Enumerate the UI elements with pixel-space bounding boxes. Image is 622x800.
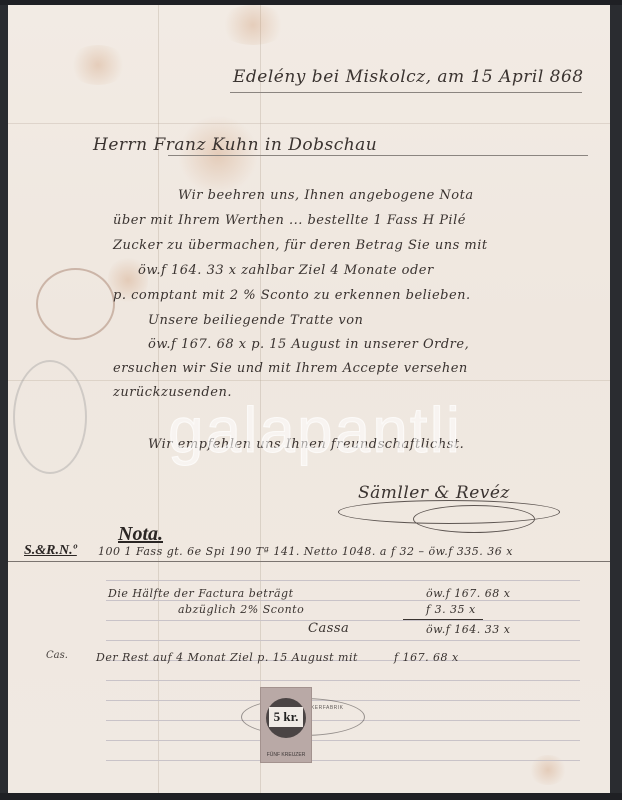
srn-rule — [8, 561, 610, 562]
subtotal-rule — [403, 619, 483, 620]
fold-crease-horizontal — [8, 123, 610, 124]
ruled-line — [106, 740, 580, 741]
body-line: öw.f 167. 68 x p. 15 August in unserer O… — [148, 337, 469, 352]
body-line: Zucker zu übermachen, für deren Betrag S… — [113, 238, 488, 253]
nota-line-label: Die Hälfte der Factura beträgt — [108, 587, 294, 600]
margin-note: Cas. — [46, 650, 68, 661]
watermark: galapantli — [168, 393, 462, 467]
stamp-footer: FÜNF KREUZER — [261, 752, 311, 758]
stamp-denomination: 5 kr. — [269, 707, 303, 727]
revenue-stamp: 5 kr. FÜNF KREUZER — [260, 687, 312, 763]
nota-title: Nota. — [118, 523, 163, 546]
body-line: öw.f 164. 33 x zahlbar Ziel 4 Monate ode… — [138, 263, 434, 278]
body-line: Wir beehren uns, Ihnen angebogene Nota — [178, 188, 474, 203]
place-date-line: Edelény bei Miskolcz, am 15 April 868 — [233, 67, 584, 87]
nota-line-amount: öw.f 167. 68 x — [426, 587, 510, 600]
fold-crease-horizontal — [8, 380, 610, 381]
nota-line-label: abzüglich 2% Sconto — [178, 603, 304, 616]
body-line: Unsere beiliegende Tratte von — [148, 313, 363, 328]
postmark-red — [36, 268, 115, 340]
nota-line-amount: öw.f 164. 33 x — [426, 623, 510, 636]
date-underline — [230, 92, 582, 93]
body-line: über mit Ihrem Werthen ... bestellte 1 F… — [113, 213, 466, 228]
addressee-line: Herrn Franz Kuhn in Dobschau — [93, 135, 377, 155]
nota-line-label: Der Rest auf 4 Monat Ziel p. 15 August m… — [96, 651, 358, 664]
ruled-line — [106, 760, 580, 761]
scan-border-bottom — [0, 793, 622, 800]
signature-flourish — [413, 505, 535, 533]
nota-line-amount: f 167. 68 x — [394, 651, 459, 664]
nota-entry-line: 100 1 Fass gt. 6e Spi 190 Tª 141. Netto … — [98, 545, 513, 558]
paper-stain — [218, 5, 288, 45]
addressee-underline — [168, 155, 588, 156]
postmark-grey — [13, 360, 87, 474]
document-page: Edelény bei Miskolcz, am 15 April 868 He… — [8, 5, 610, 793]
nota-line-amount: f 3. 35 x — [426, 603, 476, 616]
body-line: p. comptant mit 2 % Sconto zu erkennen b… — [113, 288, 471, 303]
ruled-line — [106, 600, 580, 601]
srn-label: S.&R.N.º — [24, 543, 77, 559]
ruled-line — [106, 580, 580, 581]
nota-line-label: Cassa — [308, 621, 349, 636]
ruled-line — [106, 680, 580, 681]
body-line: ersuchen wir Sie und mit Ihrem Accepte v… — [113, 361, 468, 376]
ruled-line — [106, 640, 580, 641]
ruled-line — [106, 700, 580, 701]
paper-stain — [68, 45, 128, 85]
